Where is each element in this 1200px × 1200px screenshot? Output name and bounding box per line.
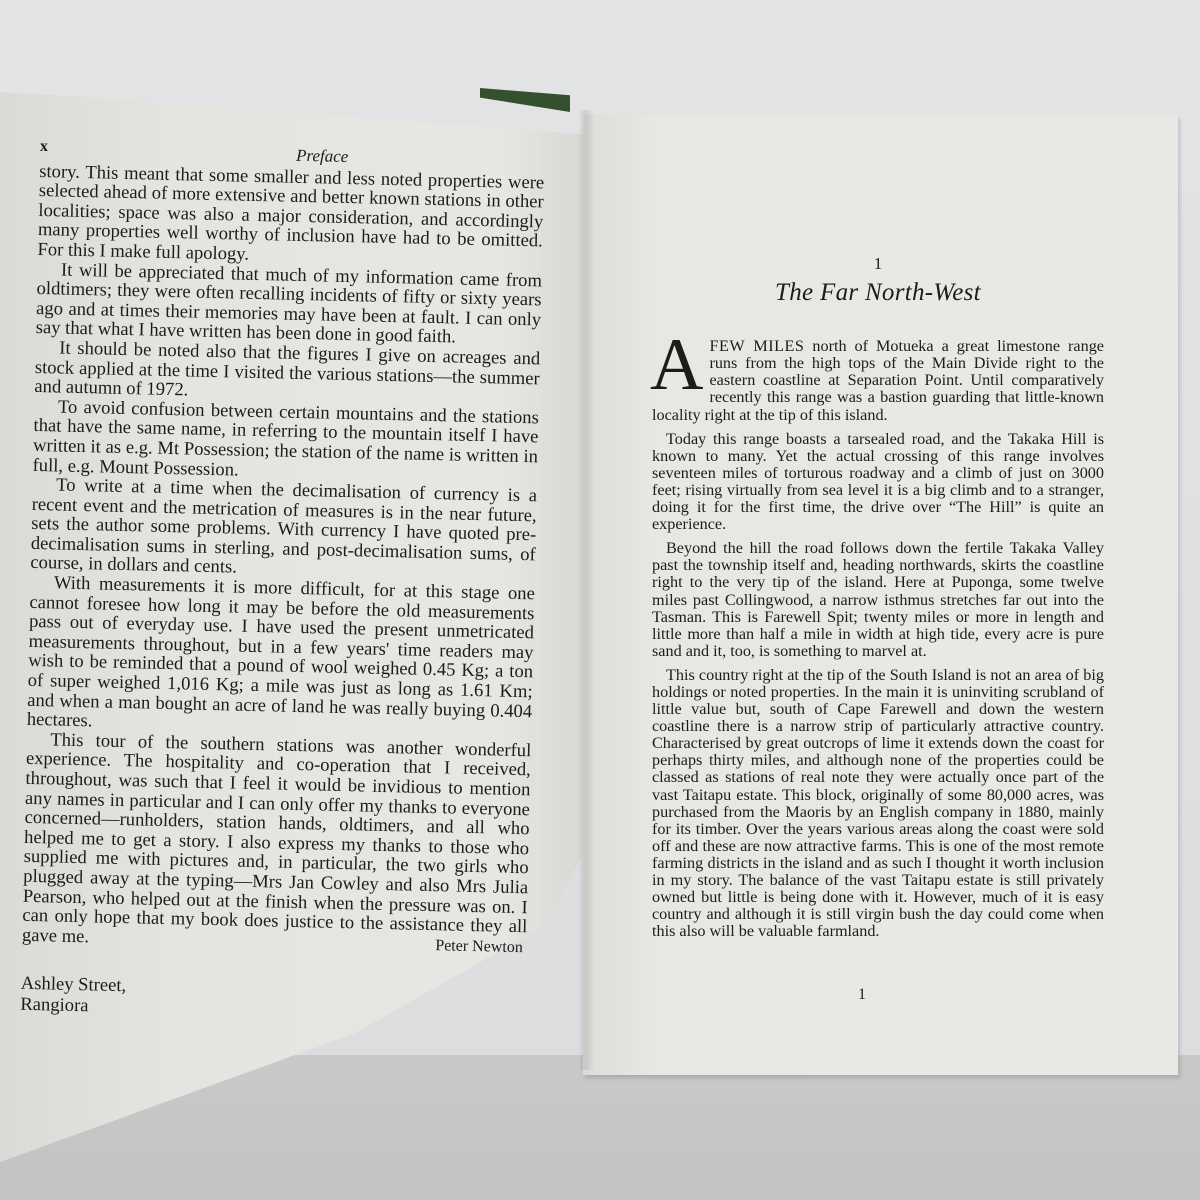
chapter-title: The Far North-West	[652, 284, 1104, 301]
page-number-right: 1	[858, 986, 866, 1004]
paragraph: With measurements it is more difficult, …	[27, 573, 535, 741]
opening-smallcaps: FEW MILES	[709, 337, 804, 355]
paragraph: Beyond the hill the road follows down th…	[652, 540, 1104, 660]
preface-text: Preface story. This meant that some smal…	[20, 140, 545, 1026]
paragraph: This tour of the southern stations was a…	[22, 730, 532, 957]
paragraph: This country right at the tip of the Sou…	[652, 667, 1104, 941]
paragraph: To write at a time when the decimalisati…	[30, 475, 537, 584]
chapter-text: 1 The Far North-West AFEW MILES north of…	[652, 255, 1104, 947]
paragraph: story. This meant that some smaller and …	[37, 162, 544, 271]
drop-cap: A	[650, 338, 703, 392]
paragraph: It will be appreciated that much of my i…	[36, 260, 543, 350]
paragraph: Today this range boasts a tarsealed road…	[652, 431, 1104, 534]
book-gutter	[578, 110, 594, 1070]
opening-paragraph: AFEW MILES north of Motueka a great lime…	[652, 338, 1104, 423]
chapter-number: 1	[652, 255, 1104, 272]
paragraph: To avoid confusion between certain mount…	[32, 397, 539, 487]
